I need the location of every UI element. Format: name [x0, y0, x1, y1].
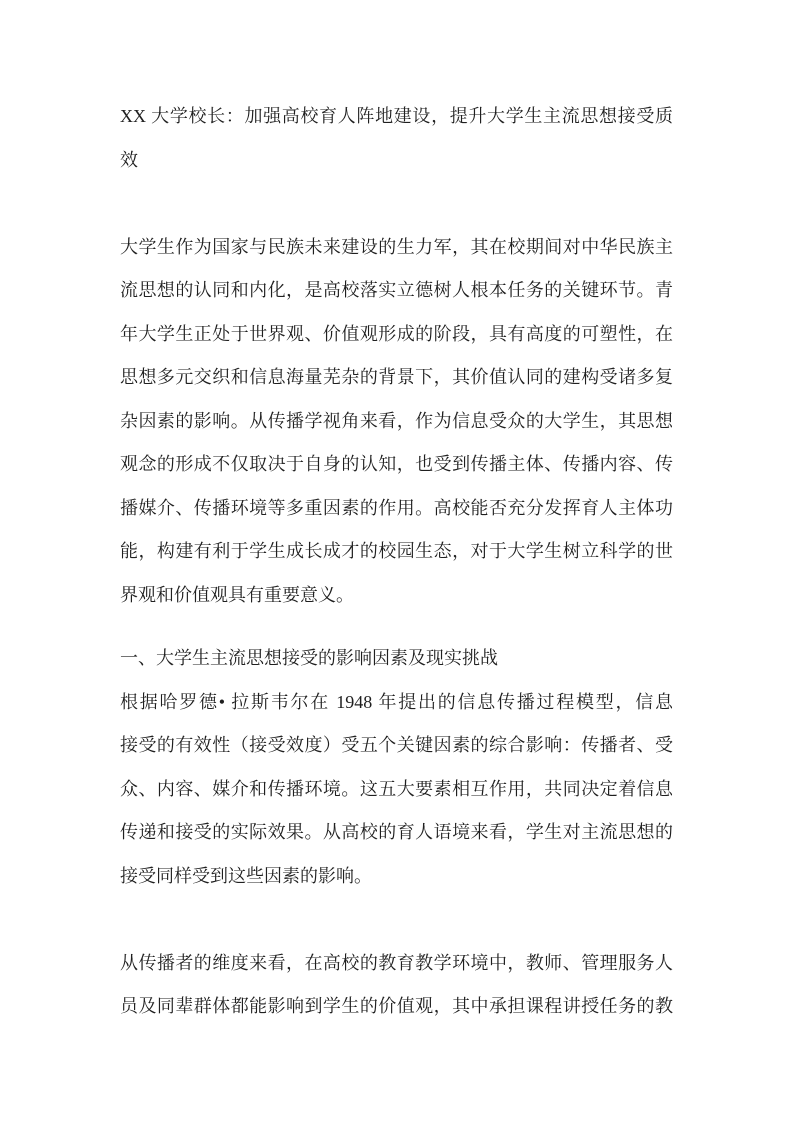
paragraph-line: 能，构建有利于学生成长成才的校园生态，对于大学生树立科学的世	[120, 530, 673, 574]
document-title: XX 大学校长：加强高校育人阵地建设，提升大学生主流思想接受质 效	[120, 95, 673, 182]
paragraph-line: 流思想的认同和内化，是高校落实立德树人根本任务的关键环节。青	[120, 269, 673, 313]
paragraph-line: 员及同辈群体都能影响到学生的价值观，其中承担课程讲授任务的教	[120, 985, 673, 1029]
paragraph-line: 观念的形成不仅取决于自身的认知，也受到传播主体、传播内容、传	[120, 443, 673, 487]
paragraph-line: 杂因素的影响。从传播学视角来看，作为信息受众的大学生，其思想	[120, 400, 673, 444]
paragraph-line: 接受同样受到这些因素的影响。	[120, 855, 673, 899]
paragraph-communicator-dimension: 从传播者的维度来看，在高校的教育教学环境中，教师、管理服务人 员及同辈群体都能影…	[120, 942, 673, 1029]
document-page: XX 大学校长：加强高校育人阵地建设，提升大学生主流思想接受质 效 大学生作为国…	[0, 0, 793, 1122]
paragraph-line: 传递和接受的实际效果。从高校的育人语境来看，学生对主流思想的	[120, 811, 673, 855]
paragraph-line: 根据哈罗德• 拉斯韦尔在 1948 年提出的信息传播过程模型，信息	[120, 681, 673, 725]
title-line: 效	[120, 139, 673, 183]
paragraph-line: 大学生作为国家与民族未来建设的生力军，其在校期间对中华民族主	[120, 226, 673, 270]
paragraph-lasswell-model: 根据哈罗德• 拉斯韦尔在 1948 年提出的信息传播过程模型，信息 接受的有效性…	[120, 681, 673, 899]
paragraph-line: 从传播者的维度来看，在高校的教育教学环境中，教师、管理服务人	[120, 942, 673, 986]
section-heading: 一、大学生主流思想接受的影响因素及现实挑战	[120, 637, 673, 681]
paragraph-line: 年大学生正处于世界观、价值观形成的阶段，具有高度的可塑性，在	[120, 313, 673, 357]
paragraph-line: 思想多元交织和信息海量芜杂的背景下，其价值认同的建构受诸多复	[120, 356, 673, 400]
paragraph-line: 众、内容、媒介和传播环境。这五大要素相互作用，共同决定着信息	[120, 768, 673, 812]
paragraph-line: 播媒介、传播环境等多重因素的作用。高校能否充分发挥育人主体功	[120, 487, 673, 531]
paragraph-intro: 大学生作为国家与民族未来建设的生力军，其在校期间对中华民族主 流思想的认同和内化…	[120, 226, 673, 618]
paragraph-line: 接受的有效性（接受效度）受五个关键因素的综合影响：传播者、受	[120, 724, 673, 768]
section-heading-line: 一、大学生主流思想接受的影响因素及现实挑战	[120, 637, 673, 681]
paragraph-line: 界观和价值观具有重要意义。	[120, 574, 673, 618]
title-line: XX 大学校长：加强高校育人阵地建设，提升大学生主流思想接受质	[120, 95, 673, 139]
